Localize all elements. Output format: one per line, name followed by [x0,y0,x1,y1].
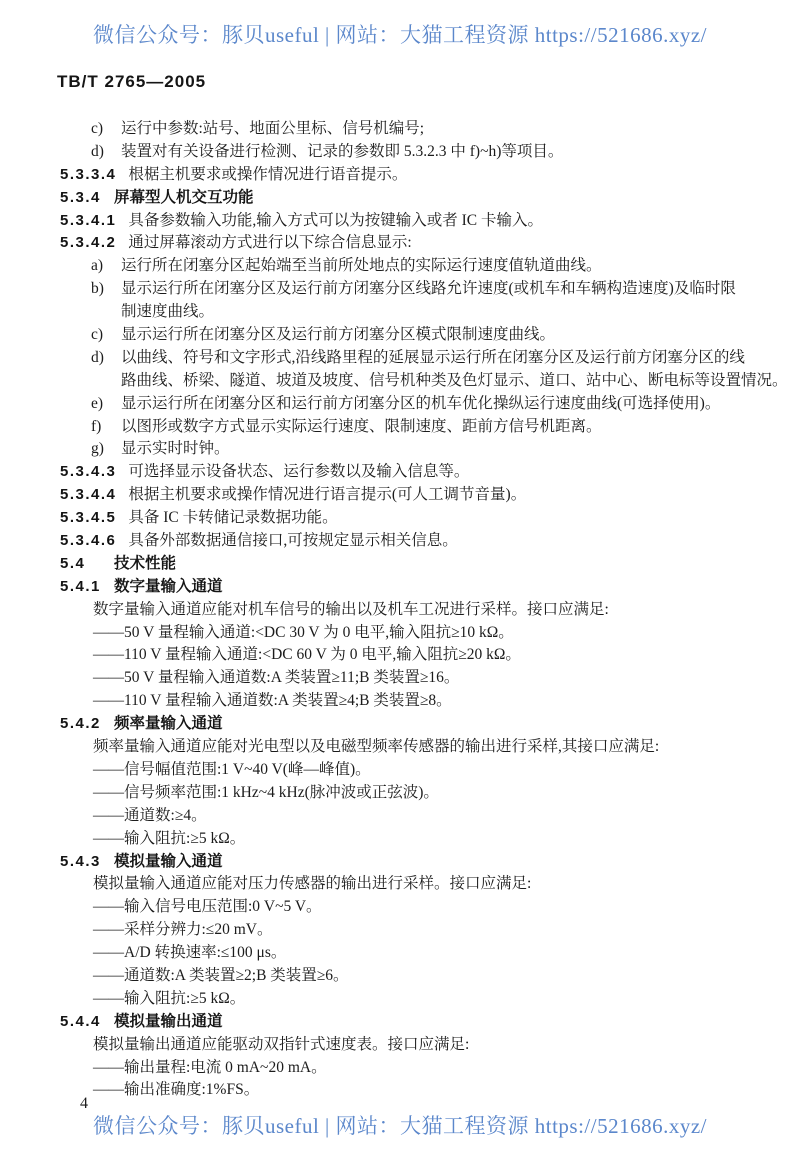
clause-number: 5.4.3 [60,851,102,874]
list-item-marker: c) [91,118,103,141]
text-line: c)运行中参数:站号、地面公里标、信号机编号; [60,118,760,141]
line-text: 显示实时时钟。 [121,440,230,457]
clause-number: 5.3.4.4 [60,484,116,507]
text-line: ——输出准确度:1%FS。 [60,1079,760,1102]
list-item-marker: d) [91,347,104,370]
line-text: ——110 V 量程输入通道数:A 类装置≥4;B 类装置≥8。 [93,692,452,709]
text-line: c)显示运行所在闭塞分区及运行前方闭塞分区模式限制速度曲线。 [60,324,760,347]
text-line: ——输入阻抗:≥5 kΩ。 [60,988,760,1011]
line-text: 运行中参数:站号、地面公里标、信号机编号; [121,120,424,137]
text-line: 5.3.4.5具备 IC 卡转储记录数据功能。 [60,507,760,530]
line-text: 显示运行所在闭塞分区和运行前方闭塞分区的机车优化操纵运行速度曲线(可选择使用)。 [121,395,720,412]
line-text: 频率量输入通道 [114,715,223,732]
line-text: 数字量输入通道应能对机车信号的输出以及机车工况进行采样。接口应满足: [93,601,609,618]
text-line: ——通道数:≥4。 [60,805,760,828]
clause-number: 5.4.2 [60,713,102,736]
text-line: d)以曲线、符号和文字形式,沿线路里程的延展显示运行所在闭塞分区及运行前方闭塞分… [60,347,760,370]
line-text: ——输出准确度:1%FS。 [93,1081,259,1098]
line-text: 模拟量输入通道应能对压力传感器的输出进行采样。接口应满足: [93,875,531,892]
text-line: 5.3.4.2通过屏幕滚动方式进行以下综合信息显示: [60,232,760,255]
line-text: 制速度曲线。 [121,303,214,320]
clause-number: 5.3.4.5 [60,507,116,530]
line-text: ——A/D 转换速率:≤100 μs。 [93,944,286,961]
text-line: 5.3.4.3可选择显示设备状态、运行参数以及输入信息等。 [60,461,760,484]
line-text: ——输出量程:电流 0 mA~20 mA。 [93,1059,327,1076]
text-line: ——采样分辨力:≤20 mV。 [60,919,760,942]
line-text: 根椐主机要求或操作情况进行语音提示。 [128,166,407,183]
clause-number: 5.3.4.3 [60,461,116,484]
line-text: 装置对有关设备进行检测、记录的参数即 5.3.2.3 中 f)~h)等项目。 [121,143,563,160]
watermark-top: 微信公众号：豚贝useful | 网站：大猫工程资源 https://52168… [0,19,800,49]
list-item-marker: g) [91,438,104,461]
text-line: ——输出量程:电流 0 mA~20 mA。 [60,1057,760,1080]
line-text: 模拟量输出通道应能驱动双指针式速度表。接口应满足: [93,1036,469,1053]
text-line: 数字量输入通道应能对机车信号的输出以及机车工况进行采样。接口应满足: [60,599,760,622]
line-text: ——输入阻抗:≥5 kΩ。 [93,830,245,847]
list-item-marker: a) [91,255,103,278]
text-line: ——输入阻抗:≥5 kΩ。 [60,828,760,851]
text-line: 5.4技术性能 [60,553,760,576]
line-text: ——信号幅值范围:1 V~40 V(峰—峰值)。 [93,761,371,778]
line-text: ——110 V 量程输入通道:<DC 60 V 为 0 电平,输入阻抗≥20 k… [93,646,521,663]
list-item-marker: f) [91,416,101,439]
line-text: 频率量输入通道应能对光电型以及电磁型频率传感器的输出进行采样,其接口应满足: [93,738,659,755]
line-text: 以曲线、符号和文字形式,沿线路里程的延展显示运行所在闭塞分区及运行前方闭塞分区的… [121,349,745,366]
text-line: 5.3.3.4根椐主机要求或操作情况进行语音提示。 [60,164,760,187]
clause-number: 5.4.1 [60,576,102,599]
text-line: g)显示实时时钟。 [60,438,760,461]
line-text: 模拟量输出通道 [114,1013,223,1030]
document-page: 微信公众号：豚贝useful | 网站：大猫工程资源 https://52168… [0,0,800,1168]
clause-number: 5.4.4 [60,1011,102,1034]
line-text: 路曲线、桥梁、隧道、坡道及坡度、信号机种类及色灯显示、道口、站中心、断电标等设置… [121,372,788,389]
line-text: ——输入阻抗:≥5 kΩ。 [93,990,245,1007]
text-line: ——110 V 量程输入通道:<DC 60 V 为 0 电平,输入阻抗≥20 k… [60,644,760,667]
line-text: 具备 IC 卡转储记录数据功能。 [128,509,337,526]
text-line: e)显示运行所在闭塞分区和运行前方闭塞分区的机车优化操纵运行速度曲线(可选择使用… [60,393,760,416]
text-line: 5.3.4.1具备参数输入功能,输入方式可以为按键输入或者 IC 卡输入。 [60,210,760,233]
doc-number: TB/T 2765—2005 [57,72,206,92]
text-line: 路曲线、桥梁、隧道、坡道及坡度、信号机种类及色灯显示、道口、站中心、断电标等设置… [60,370,760,393]
text-line: 5.4.4模拟量输出通道 [60,1011,760,1034]
line-text: 运行所在闭塞分区起始端至当前所处地点的实际运行速度值轨道曲线。 [121,257,602,274]
line-text: ——信号频率范围:1 kHz~4 kHz(脉冲波或正弦波)。 [93,784,439,801]
clause-number: 5.3.4.6 [60,530,116,553]
clause-number: 5.4 [60,553,102,576]
text-line: 5.3.4.4根据主机要求或操作情况进行语言提示(可人工调节音量)。 [60,484,760,507]
line-text: ——通道数:A 类装置≥2;B 类装置≥6。 [93,967,349,984]
text-line: 频率量输入通道应能对光电型以及电磁型频率传感器的输出进行采样,其接口应满足: [60,736,760,759]
line-text: ——通道数:≥4。 [93,807,207,824]
line-text: 通过屏幕滚动方式进行以下综合信息显示: [128,234,411,251]
line-text: 以图形或数字方式显示实际运行速度、限制速度、距前方信号机距离。 [121,418,602,435]
text-line: ——信号频率范围:1 kHz~4 kHz(脉冲波或正弦波)。 [60,782,760,805]
list-item-marker: b) [91,278,104,301]
clause-number: 5.3.3.4 [60,164,116,187]
list-item-marker: d) [91,141,104,164]
list-item-marker: c) [91,324,103,347]
line-text: 数字量输入通道 [114,578,223,595]
line-text: 显示运行所在闭塞分区及运行前方闭塞分区线路允许速度(或机车和车辆构造速度)及临时… [121,280,736,297]
text-line: b)显示运行所在闭塞分区及运行前方闭塞分区线路允许速度(或机车和车辆构造速度)及… [60,278,760,301]
line-text: 显示运行所在闭塞分区及运行前方闭塞分区模式限制速度曲线。 [121,326,555,343]
clause-number: 5.3.4 [60,187,102,210]
text-line: 模拟量输入通道应能对压力传感器的输出进行采样。接口应满足: [60,873,760,896]
text-line: ——50 V 量程输入通道:<DC 30 V 为 0 电平,输入阻抗≥10 kΩ… [60,622,760,645]
line-text: 屏幕型人机交互功能 [114,189,254,206]
line-text: ——采样分辨力:≤20 mV。 [93,921,272,938]
line-text: 模拟量输入通道 [114,853,223,870]
text-line: 5.4.1数字量输入通道 [60,576,760,599]
line-text: 根据主机要求或操作情况进行语言提示(可人工调节音量)。 [128,486,526,503]
text-line: ——A/D 转换速率:≤100 μs。 [60,942,760,965]
text-line: a)运行所在闭塞分区起始端至当前所处地点的实际运行速度值轨道曲线。 [60,255,760,278]
line-text: 具备外部数据通信接口,可按规定显示相关信息。 [128,532,457,549]
document-body: c)运行中参数:站号、地面公里标、信号机编号;d)装置对有关设备进行检测、记录的… [60,118,760,1102]
text-line: 制速度曲线。 [60,301,760,324]
line-text: ——50 V 量程输入通道:<DC 30 V 为 0 电平,输入阻抗≥10 kΩ… [93,624,514,641]
line-text: 可选择显示设备状态、运行参数以及输入信息等。 [128,463,469,480]
text-line: d)装置对有关设备进行检测、记录的参数即 5.3.2.3 中 f)~h)等项目。 [60,141,760,164]
line-text: ——50 V 量程输入通道数:A 类装置≥11;B 类装置≥16。 [93,669,459,686]
text-line: ——50 V 量程输入通道数:A 类装置≥11;B 类装置≥16。 [60,667,760,690]
text-line: 模拟量输出通道应能驱动双指针式速度表。接口应满足: [60,1034,760,1057]
text-line: ——通道数:A 类装置≥2;B 类装置≥6。 [60,965,760,988]
line-text: 具备参数输入功能,输入方式可以为按键输入或者 IC 卡输入。 [128,212,543,229]
line-text: 技术性能 [114,555,176,572]
text-line: 5.4.2频率量输入通道 [60,713,760,736]
text-line: ——信号幅值范围:1 V~40 V(峰—峰值)。 [60,759,760,782]
line-text: ——输入信号电压范围:0 V~5 V。 [93,898,322,915]
list-item-marker: e) [91,393,103,416]
text-line: ——110 V 量程输入通道数:A 类装置≥4;B 类装置≥8。 [60,690,760,713]
text-line: f)以图形或数字方式显示实际运行速度、限制速度、距前方信号机距离。 [60,416,760,439]
text-line: 5.3.4屏幕型人机交互功能 [60,187,760,210]
watermark-bottom: 微信公众号：豚贝useful | 网站：大猫工程资源 https://52168… [0,1110,800,1140]
clause-number: 5.3.4.2 [60,232,116,255]
text-line: 5.4.3模拟量输入通道 [60,851,760,874]
text-line: ——输入信号电压范围:0 V~5 V。 [60,896,760,919]
text-line: 5.3.4.6具备外部数据通信接口,可按规定显示相关信息。 [60,530,760,553]
clause-number: 5.3.4.1 [60,210,116,233]
